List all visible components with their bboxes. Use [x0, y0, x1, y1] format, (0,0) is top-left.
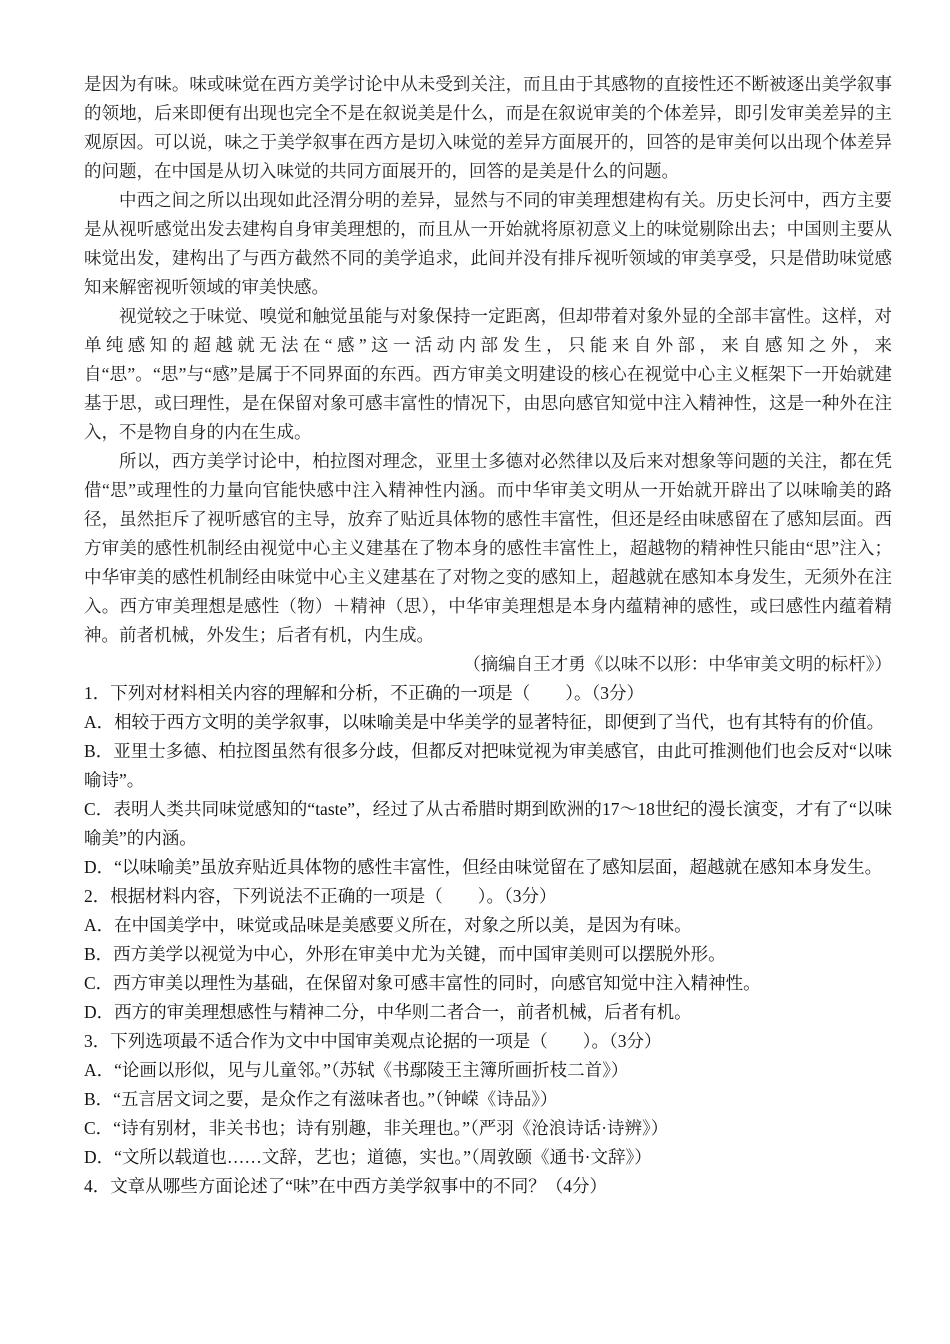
question-2-stem: 2．根据材料内容，下列说法不正确的一项是（ ）。（3分） [84, 882, 892, 911]
question-2-option-c: C．西方审美以理性为基础，在保留对象可感丰富性的同时，向感官知觉中注入精神性。 [84, 969, 892, 998]
exam-page: 是因为有味。味或味觉在西方美学讨论中从未受到关注，而且由于其感物的直接性还不断被… [0, 0, 950, 1344]
question-2-option-d: D．西方的审美理想感性与精神二分，中华则二者合一，前者机械，后者有机。 [84, 998, 892, 1027]
question-2-option-b: B．西方美学以视觉为中心，外形在审美中尤为关键，而中国审美则可以摆脱外形。 [84, 940, 892, 969]
question-3-option-a: A．“论画以形似，见与儿童邻。”（苏轼《书鄢陵王主簿所画折枝二首》） [84, 1056, 892, 1085]
questions-section: 1．下列对材料相关内容的理解和分析，不正确的一项是（ ）。（3分） A．相较于西… [84, 679, 892, 1201]
passage-paragraph-1: 是因为有味。味或味觉在西方美学讨论中从未受到关注，而且由于其感物的直接性还不断被… [84, 70, 892, 186]
passage-section: 是因为有味。味或味觉在西方美学讨论中从未受到关注，而且由于其感物的直接性还不断被… [84, 70, 892, 679]
question-3-option-b: B．“五言居文词之要，是众作之有滋味者也。”（钟嵘《诗品》） [84, 1085, 892, 1114]
question-2-option-a: A．在中国美学中，味觉或品味是美感要义所在，对象之所以美，是因为有味。 [84, 911, 892, 940]
question-1-option-b: B．亚里士多德、柏拉图虽然有很多分歧，但都反对把味觉视为审美感官，由此可推测他们… [84, 737, 892, 795]
question-3-option-c: C．“诗有别材，非关书也；诗有别趣，非关理也。”（严羽《沧浪诗话·诗辨》） [84, 1114, 892, 1143]
passage-paragraph-3: 视觉较之于味觉、嗅觉和触觉虽能与对象保持一定距离，但却带着对象外显的全部丰富性。… [84, 302, 892, 447]
question-4-stem: 4．文章从哪些方面论述了“味”在中西方美学叙事中的不同？（4分） [84, 1172, 892, 1201]
passage-paragraph-4: 所以，西方美学讨论中，柏拉图对理念，亚里士多德对必然律以及后来对想象等问题的关注… [84, 447, 892, 650]
question-1-stem: 1．下列对材料相关内容的理解和分析，不正确的一项是（ ）。（3分） [84, 679, 892, 708]
passage-paragraph-2: 中西之间之所以出现如此泾渭分明的差异，显然与不同的审美理想建构有关。历史长河中，… [84, 186, 892, 302]
question-1-option-d: D．“以味喻美”虽放弃贴近具体物的感性丰富性，但经由味觉留在了感知层面，超越就在… [84, 853, 892, 882]
question-1-option-c: C．表明人类共同味觉感知的“taste”，经过了从古希腊时期到欧洲的17～18世… [84, 795, 892, 853]
question-1-option-a: A．相较于西方文明的美学叙事，以味喻美是中华美学的显著特征，即便到了当代，也有其… [84, 708, 892, 737]
question-3-stem: 3．下列选项最不适合作为文中中国审美观点论据的一项是（ ）。（3分） [84, 1027, 892, 1056]
passage-attribution: （摘编自王才勇《以味不以形：中华审美文明的标杆》） [84, 650, 892, 679]
question-3-option-d: D．“文所以载道也……文辞，艺也；道德，实也。”（周敦颐《通书·文辞》） [84, 1143, 892, 1172]
